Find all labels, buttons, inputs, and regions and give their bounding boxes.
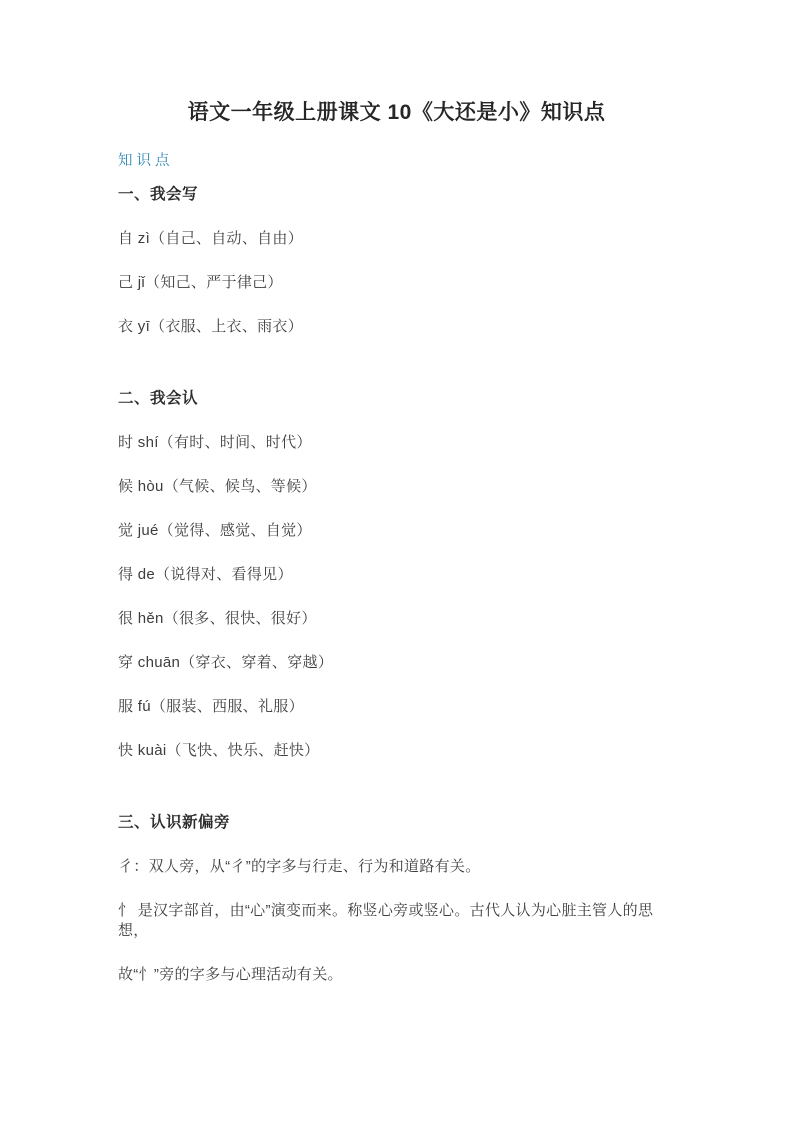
section-heading-write: 一、我会写 [118, 185, 675, 205]
vocab-line: 快 kuài（飞快、快乐、赶快） [118, 741, 675, 761]
page-title: 语文一年级上册课文 10《大还是小》知识点 [118, 97, 675, 129]
radical-line: 故“忄”旁的字多与心理活动有关。 [118, 965, 675, 985]
vocab-line: 时 shí（有时、时间、时代） [118, 433, 675, 453]
section-heading-radicals: 三、认识新偏旁 [118, 813, 675, 833]
vocab-line: 候 hòu（气候、候鸟、等候） [118, 477, 675, 497]
section-i-can-recognize: 二、我会认 时 shí（有时、时间、时代） 候 hòu（气候、候鸟、等候） 觉 … [118, 389, 675, 761]
vocab-line: 衣 yī（衣服、上衣、雨衣） [118, 317, 675, 337]
knowledge-points-label: 知识点 [118, 151, 675, 171]
vocab-line: 服 fú（服装、西服、礼服） [118, 697, 675, 717]
vocab-line: 得 de（说得对、看得见） [118, 565, 675, 585]
vocab-line: 穿 chuān（穿衣、穿着、穿越） [118, 653, 675, 673]
section-new-radicals: 三、认识新偏旁 彳：双人旁，从“彳”的字多与行走、行为和道路有关。 忄 是汉字部… [118, 813, 675, 985]
vocab-line: 觉 jué（觉得、感觉、自觉） [118, 521, 675, 541]
vocab-line: 自 zì（自己、自动、自由） [118, 229, 675, 249]
radical-line: 忄 是汉字部首，由“心”演变而来。称竖心旁或竖心。古代人认为心脏主管人的思想， [118, 901, 675, 941]
vocab-line: 很 hěn（很多、很快、很好） [118, 609, 675, 629]
radical-line: 彳：双人旁，从“彳”的字多与行走、行为和道路有关。 [118, 857, 675, 877]
section-i-can-write: 一、我会写 自 zì（自己、自动、自由） 己 jǐ（知己、严于律己） 衣 yī（… [118, 185, 675, 337]
document-page: 语文一年级上册课文 10《大还是小》知识点 知识点 一、我会写 自 zì（自己、… [0, 0, 793, 1122]
vocab-line: 己 jǐ（知己、严于律己） [118, 273, 675, 293]
section-heading-recognize: 二、我会认 [118, 389, 675, 409]
